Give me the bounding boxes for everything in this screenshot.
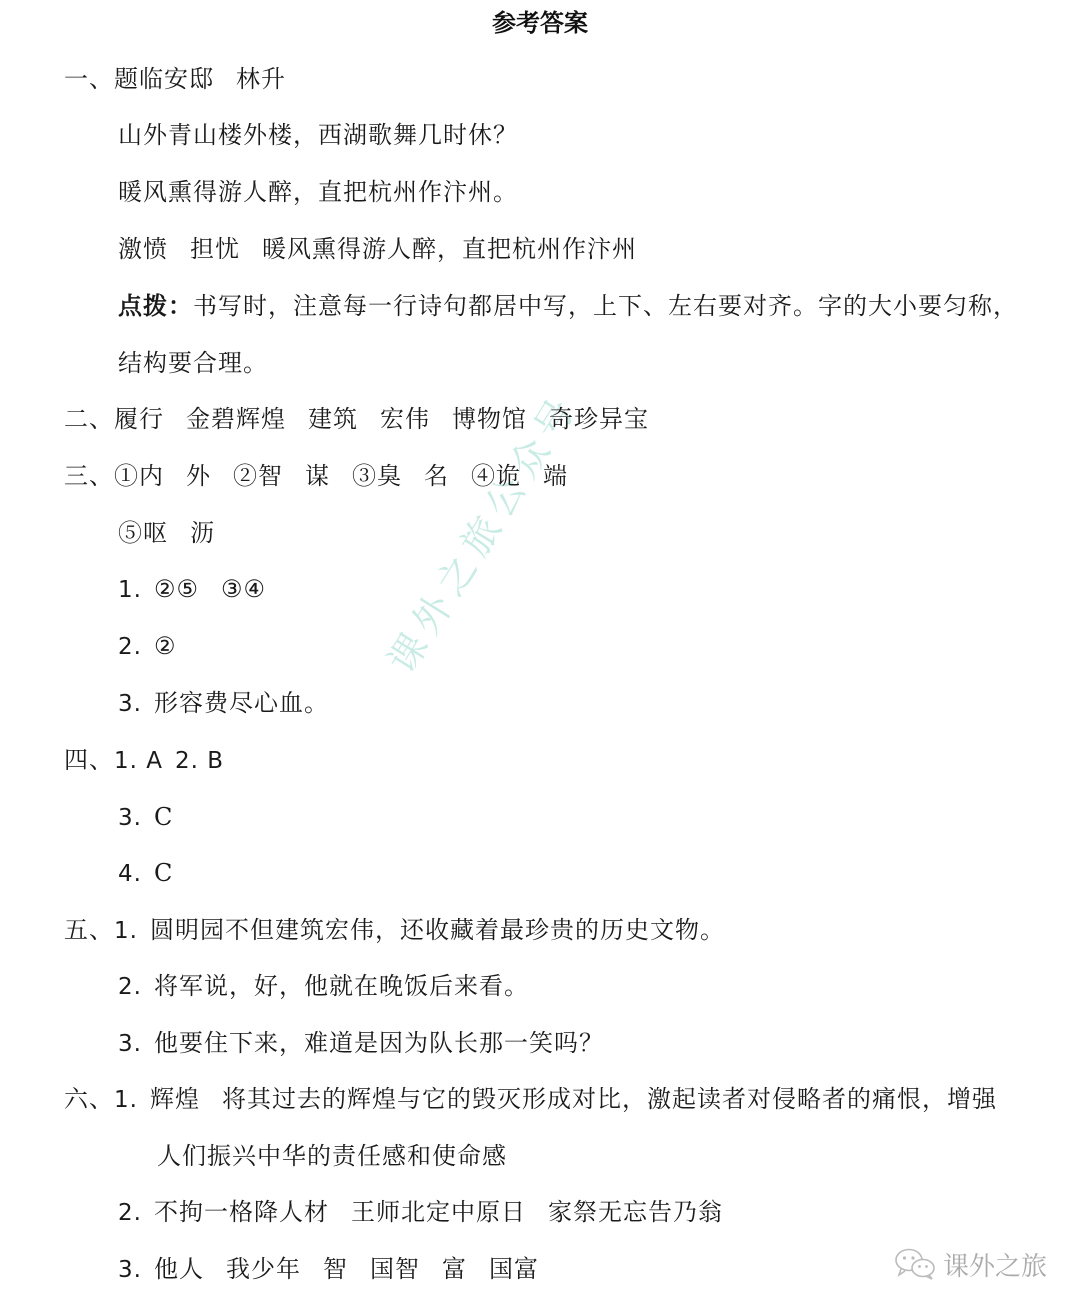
answer: ② [154,632,177,660]
question-number: 3. [118,1257,142,1283]
section-5-q3: 3.他要住下来，难道是因为队长那一笑吗？ [118,1026,604,1061]
account-logo: 课外之旅 [893,1244,1047,1284]
page-title: 参考答案 [0,6,1080,40]
section-6-q2: 2.不拘一格降人材王师北定中原日家祭无忘告乃翁 [118,1195,723,1230]
poem-line-1: 山外青山楼外楼，西湖歌舞几时休？ [118,118,518,152]
char: 外 [186,462,211,490]
tip-line-1: 点拨：书写时，注意每一行诗句都居中写，上下、左右要对齐。字的大小要匀称， [118,289,1018,323]
circled-number: ④ [471,462,496,490]
section-marker: 一、 [64,65,114,93]
question-number: 4. [118,861,142,887]
char: 内 [139,462,164,490]
char: 呕 [143,519,168,547]
section-6-q3: 3.他人我少年智国智富国富 [118,1252,539,1287]
section-marker: 三、 [64,462,114,490]
answer: 担忧 [190,235,240,263]
word: 博物馆 [452,405,527,433]
section-2: 二、履行金碧辉煌建筑宏伟博物馆奇珍异宝 [64,402,649,436]
section-3-pair-5: ⑤呕沥 [118,516,215,550]
question-number: 1. [114,1087,138,1113]
answer: C [154,803,173,831]
account-name: 课外之旅 [943,1246,1047,1283]
section-marker: 五、 [64,916,114,944]
answer: 辉煌 [150,1085,200,1113]
word: 金碧辉煌 [186,405,286,433]
answer: 他要住下来，难道是因为队长那一笑吗？ [154,1029,604,1057]
tip-line-2: 结构要合理。 [118,346,268,380]
section-3-q3: 3.形容费尽心血。 [118,686,329,721]
char: 诡 [496,462,521,490]
word: 奇珍异宝 [549,405,649,433]
char: 端 [543,462,568,490]
section-marker: 六、 [64,1085,114,1113]
circled-number: ① [114,462,139,490]
answer: ②⑤ [154,575,199,603]
section-5-q2: 2.将军说，好，他就在晚饭后来看。 [118,969,529,1004]
section-4-q3: 3.C [118,800,173,835]
word: 履行 [114,405,164,433]
section-3-q2: 2.② [118,629,176,664]
poem-line-2: 暖风熏得游人醉，直把杭州作汴州。 [118,175,518,209]
answer: 王师北定中原日 [351,1198,526,1226]
poem-author: 林升 [236,65,286,93]
answer: 将其过去的辉煌与它的毁灭形成对比，激起读者对侵略者的痛恨，增强 [222,1085,997,1113]
answer: 圆明园不但建筑宏伟，还收藏着最珍贵的历史文物。 [150,916,725,944]
circled-number: ③ [352,462,377,490]
section-6-q1-cont: 人们振兴中华的责任感和使命感 [157,1139,507,1173]
section-marker: 四、 [64,746,114,774]
tip-text: 书写时，注意每一行诗句都居中写，上下、左右要对齐。字的大小要匀称， [193,292,1018,320]
wechat-icon [893,1247,937,1281]
section-5-q1: 五、1.圆明园不但建筑宏伟，还收藏着最珍贵的历史文物。 [64,913,725,948]
section-3-q1: 1.②⑤③④ [118,572,266,607]
answer: 1. A [114,748,163,774]
circled-number: ⑤ [118,519,143,547]
question-number: 2. [118,1200,142,1226]
question-number: 1. [118,577,142,603]
question-number: 1. [114,918,138,944]
word: 建筑 [308,405,358,433]
char: 臭 [377,462,402,490]
answer: 智 [323,1255,348,1283]
section-6-q1: 六、1.辉煌将其过去的辉煌与它的毁灭形成对比，激起读者对侵略者的痛恨，增强 [64,1082,997,1117]
answer: ③④ [221,575,266,603]
question-number: 3. [118,805,142,831]
section-4-q4: 4.C [118,856,173,891]
answer: 激愤 [118,235,168,263]
answer: 富 [442,1255,467,1283]
section-marker: 二、 [64,405,114,433]
char: 谋 [305,462,330,490]
answer: 暖风熏得游人醉，直把杭州作汴州 [262,235,637,263]
char: 智 [258,462,283,490]
section-3-pairs: 三、①内外②智谋③臭名④诡端 [64,459,568,493]
char: 名 [424,462,449,490]
section-4-row-1: 四、1. A2. B [64,743,224,778]
answer: 我少年 [226,1255,301,1283]
word: 宏伟 [380,405,430,433]
question-number: 2. [118,974,142,1000]
answer: 将军说，好，他就在晚饭后来看。 [154,972,529,1000]
question-number: 2. [118,634,142,660]
answer: 家祭无忘告乃翁 [548,1198,723,1226]
question-number: 3. [118,1031,142,1057]
question-number: 3. [118,691,142,717]
answer: 国智 [370,1255,420,1283]
answer: 他人 [154,1255,204,1283]
section-1-answers: 激愤担忧暖风熏得游人醉，直把杭州作汴州 [118,232,637,266]
tip-label: 点拨： [118,292,193,320]
answer: 不拘一格降人材 [154,1198,329,1226]
answer: 形容费尽心血。 [154,689,329,717]
circled-number: ② [233,462,258,490]
answer: C [154,859,173,887]
char: 沥 [190,519,215,547]
answer: 国富 [489,1255,539,1283]
answer: 2. B [175,748,224,774]
poem-title: 题临安邸 [114,65,214,93]
section-1-heading: 一、题临安邸林升 [64,62,286,96]
